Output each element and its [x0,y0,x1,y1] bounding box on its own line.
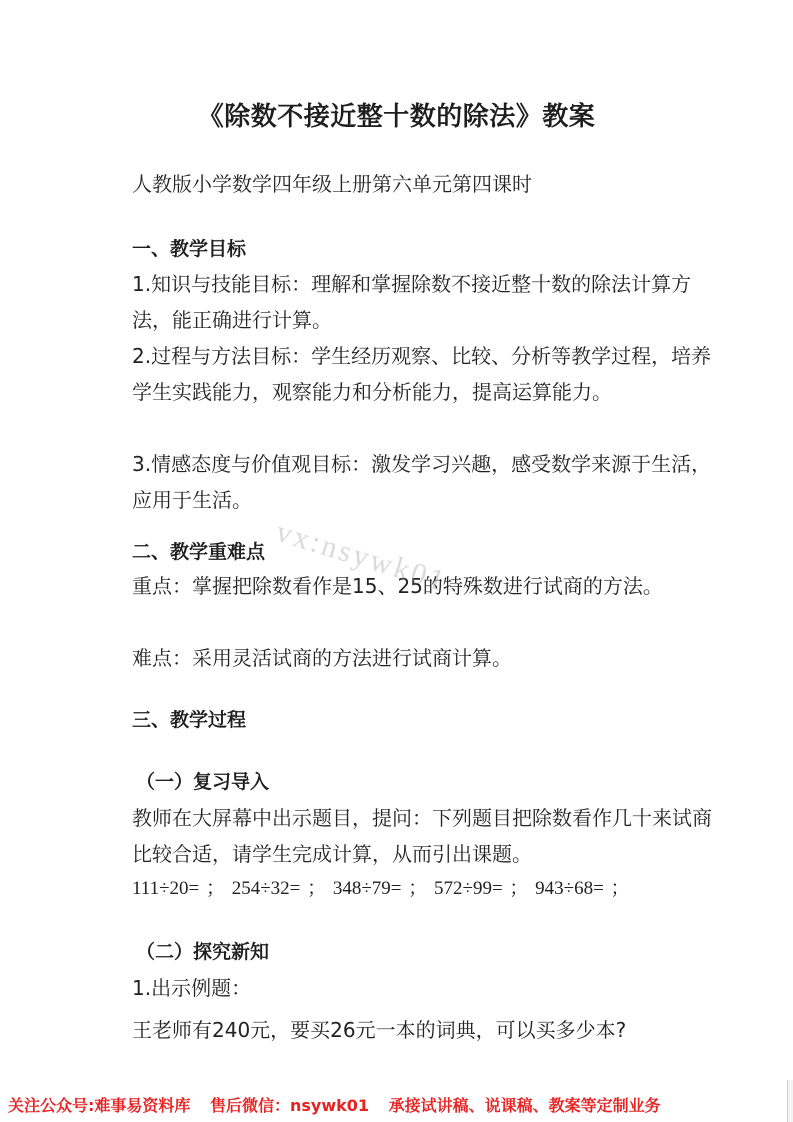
example-problem: 王老师有240元，要买26元一本的词典，可以买多少本? [132,1012,712,1048]
footer-official-account: 关注公众号:难事易资料库 [8,1096,190,1115]
review-text: 教师在大屏幕中出示题目，提问：下列题目把除数看作几十来试商比较合适，请学生完成计… [132,800,712,872]
subsection-heading-review: （一）复习导入 [136,767,269,794]
objective-item-3: 3.情感态度与价值观目标：激发学习兴趣，感受数学来源于生活，应用于生活。 [132,446,712,518]
document-title: 《除数不接近整十数的除法》教案 [0,96,793,133]
section-heading-process: 三、教学过程 [132,705,246,732]
footer-banner: 关注公众号:难事易资料库 售后微信：nsywk01 承接试讲稿、说课稿、教案等定… [0,1090,793,1122]
document-subtitle: 人教版小学数学四年级上册第六单元第四课时 [132,168,532,197]
objective-item-1: 1.知识与技能目标：理解和掌握除数不接近整十数的除法计算方法，能正确进行计算。 [132,266,712,338]
section-heading-key-points: 二、教学重难点 [132,537,265,564]
example-step: 1.出示例题： [132,970,712,1006]
document-page: 《除数不接近整十数的除法》教案 人教版小学数学四年级上册第六单元第四课时 一、教… [0,0,793,1122]
subsection-heading-explore: （二）探究新知 [136,937,269,964]
difficult-point-text: 难点：采用灵活试商的方法进行试商计算。 [132,640,712,676]
footer-services: 承接试讲稿、说课稿、教案等定制业务 [389,1096,661,1115]
objective-item-2: 2.过程与方法目标：学生经历观察、比较、分析等教学过程，培养学生实践能力，观察能… [132,338,712,410]
section-heading-objectives: 一、教学目标 [132,234,246,261]
review-formulas: 111÷20= ； 254÷32= ； 348÷79= ； 572÷99= ； … [132,873,630,900]
page-edge [787,1080,793,1122]
footer-wechat: 售后微信：nsywk01 [210,1096,369,1115]
